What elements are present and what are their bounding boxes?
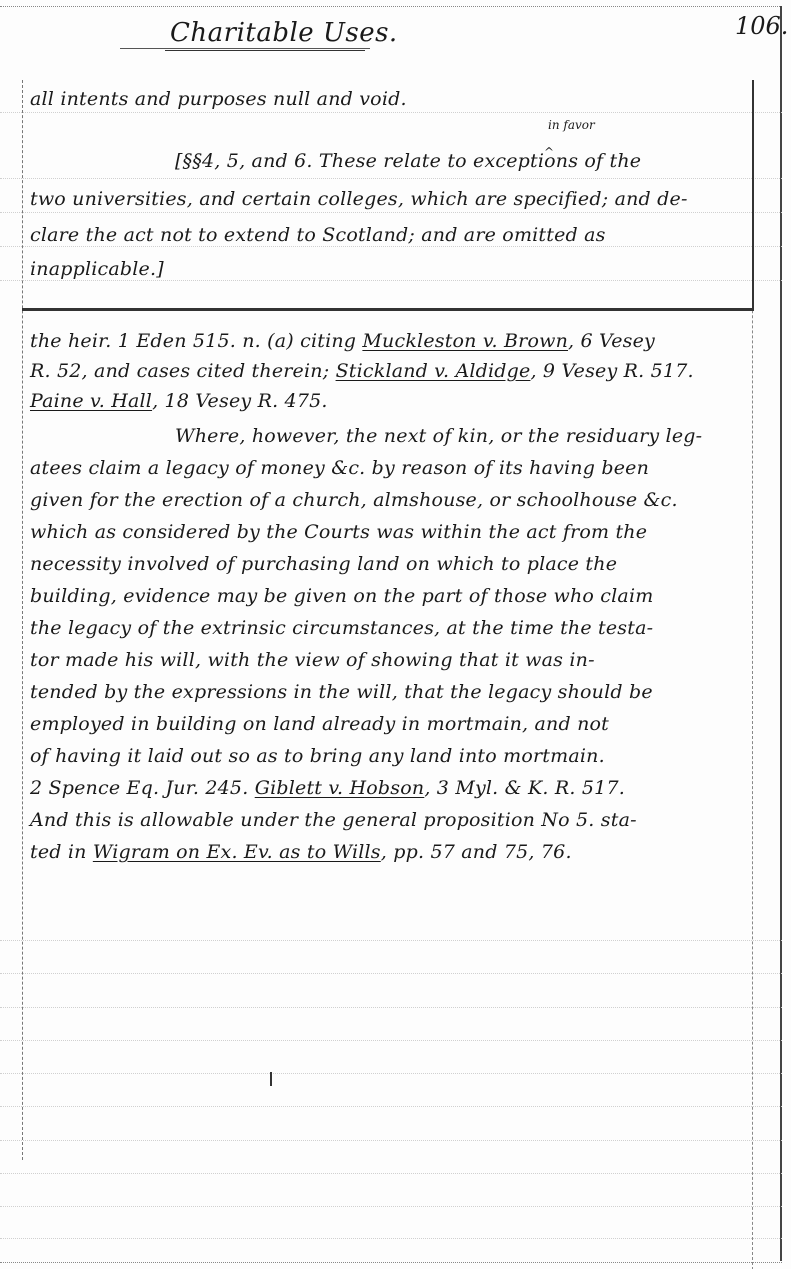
paragraph-line: tor made his will, with the view of show… [30,649,595,671]
interlinear-insert: in favor [548,118,595,132]
ruled-line [0,1173,782,1174]
ruled-line [0,973,782,974]
paragraph-line: Where, however, the next of kin, or the … [175,425,702,447]
ruled-line [0,1140,782,1141]
citation-text: ted in [30,841,93,863]
page-number: 106. [735,12,788,40]
citation-line: 2 Spence Eq. Jur. 245. Giblett v. Hobson… [30,777,625,799]
citation-text: , pp. 57 and 75, 76. [381,841,572,863]
boxed-note-line: [§§4, 5, and 6. These relate to exceptio… [175,150,641,172]
reference-title: Wigram on Ex. Ev. as to Wills [93,841,381,863]
ruled-line [0,1106,782,1107]
top-rule [0,6,782,7]
ruled-line [0,1238,782,1239]
text-line: all intents and purposes null and void. [30,88,407,110]
citation-text: 2 Spence Eq. Jur. 245. [30,777,255,799]
ruled-line [0,1007,782,1008]
paragraph-line: given for the erection of a church, alms… [30,489,678,511]
heading-underline [165,50,365,51]
paragraph-line: employed in building on land already in … [30,713,609,735]
stray-mark [270,1072,272,1086]
citation-text: R. 52, and cases cited therein; [30,360,336,382]
page-heading: Charitable Uses. [170,18,398,48]
citation-text: the heir. 1 Eden 515. n. (a) citing [30,330,362,352]
case-name: Giblett v. Hobson [255,777,425,799]
citation-line: ted in Wigram on Ex. Ev. as to Wills, pp… [30,841,572,863]
paragraph-line: the legacy of the extrinsic circumstance… [30,617,653,639]
manuscript-page: Charitable Uses. 106. all intents and pu… [0,0,791,1269]
paragraph-line: building, evidence may be given on the p… [30,585,653,607]
citation-line: R. 52, and cases cited therein; Sticklan… [30,360,694,382]
paragraph-line: And this is allowable under the general … [30,809,637,831]
bottom-rule [0,1262,782,1263]
case-name: Paine v. Hall [30,390,152,412]
case-name: Muckleston v. Brown [362,330,568,352]
paragraph-line: which as considered by the Courts was wi… [30,521,647,543]
heading-underline [120,48,370,49]
citation-text: , 6 Vesey [568,330,655,352]
ruled-line [0,940,782,941]
citation-text: , 3 Myl. & K. R. 517. [424,777,625,799]
boxed-note-line: two universities, and certain colleges, … [30,188,688,210]
ruled-line [0,1040,782,1041]
boxed-note-line: inapplicable.] [30,258,164,280]
ruled-line [0,1206,782,1207]
ruled-line [0,1073,782,1074]
boxed-note-line: clare the act not to extend to Scotland;… [30,224,606,246]
paragraph-line: tended by the expressions in the will, t… [30,681,653,703]
citation-text: , 18 Vesey R. 475. [152,390,328,412]
paragraph-line: atees claim a legacy of money &c. by rea… [30,457,649,479]
citation-line: Paine v. Hall, 18 Vesey R. 475. [30,390,328,412]
paragraph-line: of having it laid out so as to bring any… [30,745,605,767]
citation-line: the heir. 1 Eden 515. n. (a) citing Muck… [30,330,655,352]
citation-text: , 9 Vesey R. 517. [530,360,693,382]
case-name: Stickland v. Aldidge [336,360,531,382]
paragraph-line: necessity involved of purchasing land on… [30,553,617,575]
